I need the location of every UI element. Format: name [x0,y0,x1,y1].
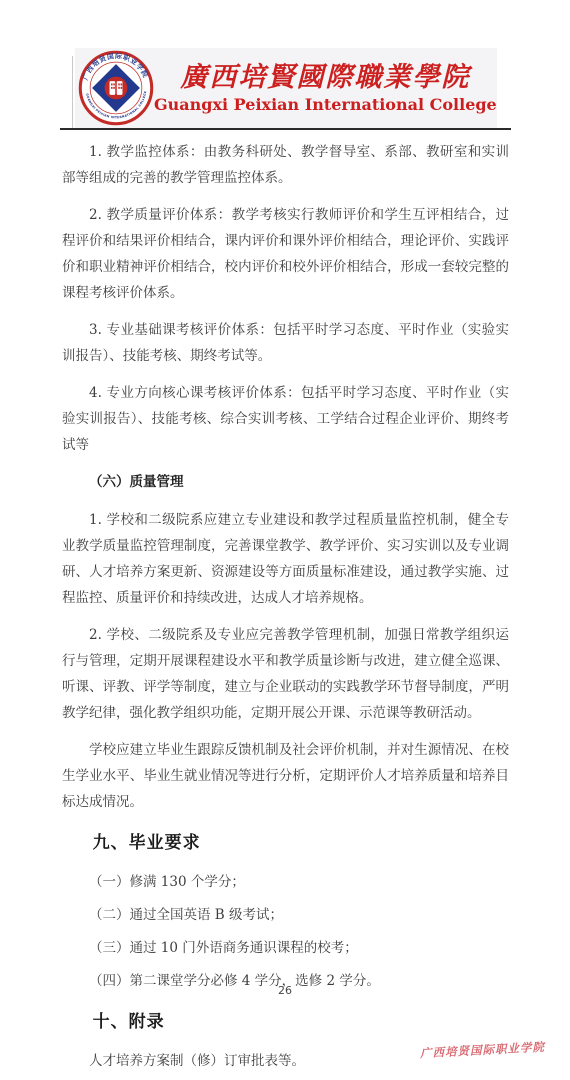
document-page: 广西培贤国际职业学院 GUANGXI PEIXIAN INTERNATIONAL… [0,0,570,1080]
letterhead: 广西培贤国际职业学院 GUANGXI PEIXIAN INTERNATIONAL… [75,48,497,128]
graduation-requirement-english-exam: （二）通过全国英语 B 级考试； [62,902,509,928]
section-heading-graduation-requirements: 九、毕业要求 [62,830,509,856]
graduation-requirement-credits: （一）修满 130 个学分； [62,869,509,895]
paragraph-monitoring-system: 1. 教学监控体系：由教务科研处、教学督导室、系部、教研室和实训部等组成的完善的… [62,139,509,191]
paragraph-basic-course-assessment: 3. 专业基础课考核评价体系：包括平时学习态度、平时作业（实验实训报告）、技能考… [62,317,509,369]
paragraph-quality-mechanism-2: 2. 学校、二级院系及专业应完善教学管理机制，加强日常教学组织运行与管理，定期开… [62,622,509,726]
section-heading-appendix: 十、附录 [62,1009,509,1035]
paragraph-quality-evaluation-system: 2. 教学质量评价体系：教学考核实行教师评价和学生互评相结合，过程评价和结果评价… [62,202,509,306]
letterhead-divider [60,128,511,130]
document-body: 1. 教学监控体系：由教务科研处、教学督导室、系部、教研室和实训部等组成的完善的… [62,139,509,1074]
college-titles: 廣西培賢國際職業學院 Guangxi Peixian International… [154,62,503,114]
college-name-zh: 廣西培賢國際職業學院 [154,62,497,93]
paragraph-core-course-assessment: 4. 专业方向核心课考核评价体系：包括平时学习态度、平时作业（实验实训报告）、技… [62,380,509,458]
college-seal-logo: 广西培贤国际职业学院 GUANGXI PEIXIAN INTERNATIONAL… [78,50,154,126]
college-name-en: Guangxi Peixian International College [154,95,497,114]
graduation-requirement-school-exams: （三）通过 10 门外语商务通识课程的校考； [62,935,509,961]
paragraph-quality-mechanism-1: 1. 学校和二级院系应建立专业建设和教学过程质量监控机制，健全专业教学质量监控管… [62,507,509,611]
subsection-heading-quality-management: （六）质量管理 [62,469,509,495]
college-seal-icon: 广西培贤国际职业学院 GUANGXI PEIXIAN INTERNATIONAL… [78,50,154,126]
paragraph-graduate-tracking: 学校应建立毕业生跟踪反馈机制及社会评价机制，并对生源情况、在校生学业水平、毕业生… [62,737,509,815]
page-number: 26 [0,984,570,997]
header-left-border-line [72,56,73,128]
